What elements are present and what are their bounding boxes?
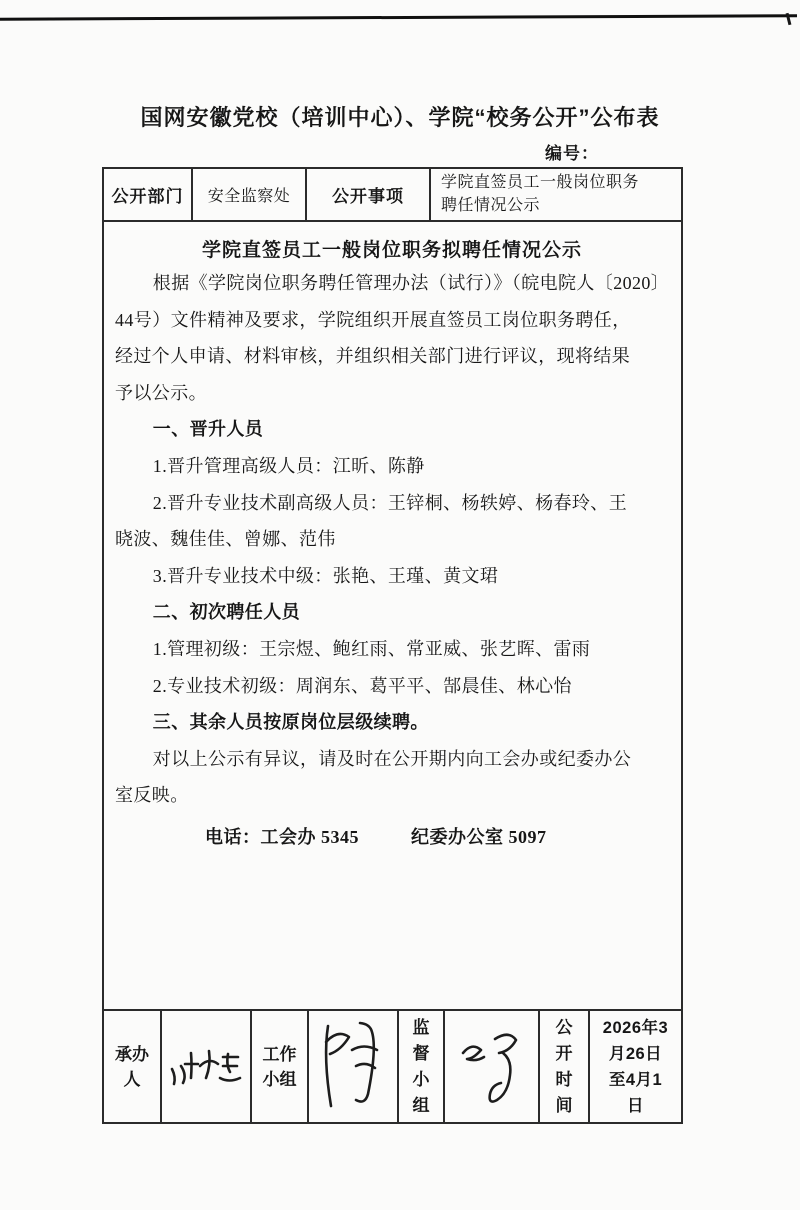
announcement-table: 公开部门 安全监察处 公开事项 学院直签员工一般岗位职务聘任情况公示 学院直签员…	[102, 167, 683, 1124]
body-line: 晓波、魏佳佳、曾娜、范伟	[115, 521, 669, 558]
publish-time-value-cell: 2026年3 月26日 至4月1 日	[590, 1011, 681, 1122]
body-line: 予以公示。	[115, 375, 669, 412]
item-label: 公开事项	[332, 182, 404, 207]
publish-time-line: 日	[603, 1093, 668, 1119]
announcement-title: 学院直签员工一般岗位职务拟聘任情况公示	[115, 235, 669, 262]
table-header-row: 公开部门 安全监察处 公开事项 学院直签员工一般岗位职务聘任情况公示	[104, 169, 681, 222]
dept-value: 安全监察处	[208, 183, 291, 206]
work-group-signature-cell	[309, 1011, 399, 1122]
page-title: 国网安徽党校（培训中心）、学院“校务公开”公布表	[0, 101, 800, 132]
scanned-document-page: 国网安徽党校（培训中心）、学院“校务公开”公布表 编号： 公开部门 安全监察处 …	[0, 0, 800, 1210]
section-heading: 三、其余人员按原岗位层级续聘。	[115, 704, 669, 741]
organizer-label: 承办人	[113, 1042, 150, 1092]
organizer-signature-cell	[162, 1011, 252, 1122]
body-line: 1.晋升管理高级人员：江昕、陈静	[115, 448, 669, 485]
handwritten-signature-work-group-icon	[314, 1018, 392, 1116]
body-line: 3.晋升专业技术中级：张艳、王瑾、黄文珺	[115, 558, 669, 595]
supervise-group-label: 监督小组	[411, 1015, 431, 1119]
table-footer-row: 承办人 工作小组	[104, 1009, 681, 1122]
contact-phone-line: 电话：工会办 5345纪委办公室 5097	[115, 823, 669, 849]
publish-time-line: 至4月1	[603, 1067, 668, 1093]
phone-discipline-office: 纪委办公室 5097	[411, 827, 547, 847]
work-group-label-cell: 工作小组	[252, 1011, 309, 1122]
body-line: 1.管理初级：王宗煜、鲍红雨、常亚威、张艺晖、雷雨	[115, 631, 669, 668]
body-line: 对以上公示有异议，请及时在公开期内向工会办或纪委办公	[115, 741, 669, 778]
body-line: 2.晋升专业技术副高级人员：王锌桐、杨轶婷、杨春玲、王	[115, 485, 669, 522]
handwritten-signature-supervise-group-icon	[449, 1019, 535, 1115]
supervise-group-signature-cell	[445, 1011, 540, 1122]
handwritten-signature-organizer-icon	[165, 1041, 247, 1093]
scan-artifact-line	[0, 14, 797, 20]
publish-time-line: 月26日	[603, 1041, 668, 1067]
publish-time-label-cell: 公开时间	[540, 1011, 590, 1122]
phone-union-office: 电话：工会办 5345	[205, 827, 359, 847]
item-label-cell: 公开事项	[307, 169, 431, 220]
dept-label-cell: 公开部门	[104, 169, 193, 220]
body-line: 经过个人申请、材料审核，并组织相关部门进行评议，现将结果	[115, 338, 669, 375]
item-value: 学院直签员工一般岗位职务聘任情况公示	[441, 171, 646, 217]
publish-time-line: 2026年3	[603, 1015, 668, 1041]
item-value-cell: 学院直签员工一般岗位职务聘任情况公示	[431, 169, 681, 220]
section-heading: 二、初次聘任人员	[115, 594, 669, 631]
body-line: 室反映。	[115, 777, 669, 814]
publish-time-label: 公开时间	[554, 1015, 574, 1119]
body-line: 2.专业技术初级：周润东、葛平平、郜晨佳、林心怡	[115, 668, 669, 705]
publish-time-value: 2026年3 月26日 至4月1 日	[603, 1015, 668, 1119]
dept-label: 公开部门	[112, 182, 184, 207]
organizer-label-cell: 承办人	[104, 1011, 162, 1122]
work-group-label: 工作小组	[261, 1042, 298, 1092]
body-line: 根据《学院岗位职务聘任管理办法（试行）》（皖电院人〔2020〕	[115, 265, 669, 302]
section-heading: 一、晋升人员	[115, 411, 669, 448]
dept-value-cell: 安全监察处	[193, 169, 307, 220]
document-number-label: 编号：	[545, 139, 599, 164]
supervise-group-label-cell: 监督小组	[399, 1011, 445, 1122]
body-line: 44号）文件精神及要求，学院组织开展直签员工岗位职务聘任，	[115, 302, 669, 339]
announcement-body-cell: 学院直签员工一般岗位职务拟聘任情况公示 根据《学院岗位职务聘任管理办法（试行）》…	[104, 222, 681, 1009]
